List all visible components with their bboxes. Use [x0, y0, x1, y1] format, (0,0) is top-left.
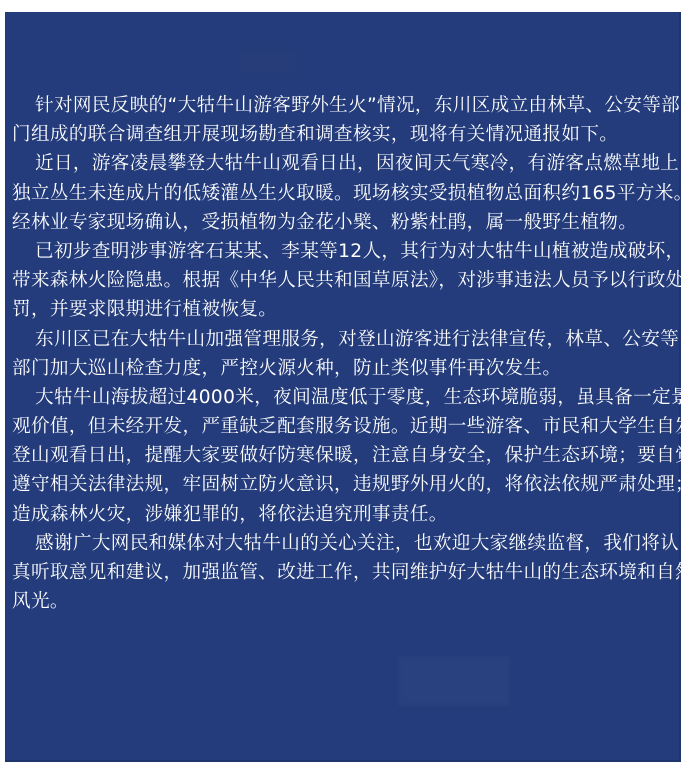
- text-line: 真听取意见和建议，加强监管、改进工作，共同维护好大牯牛山的生态环境和自然: [12, 558, 672, 587]
- text-line: 部门加大巡山检查力度，严控火源火种，防止类似事件再次发生。: [12, 354, 672, 383]
- text-line: 登山观看日出，提醒大家要做好防寒保暖，注意自身安全，保护生态环境；要自觉: [12, 441, 672, 470]
- text-line: 风光。: [12, 587, 672, 616]
- text-line: 已初步查明涉事游客石某某、李某等12人，其行为对大牯牛山植被造成破坏，: [12, 237, 672, 266]
- paragraph-5: 大牯牛山海拔超过4000米，夜间温度低于零度，生态环境脆弱，虽具备一定景 观价值…: [12, 383, 672, 529]
- paragraph-1: 针对网民反映的“大牯牛山游客野外生火”情况，东川区成立由林草、公安等部 门组成的…: [12, 91, 672, 149]
- watermark-block: [397, 655, 511, 707]
- text-line: 大牯牛山海拔超过4000米，夜间温度低于零度，生态环境脆弱，虽具备一定景: [12, 383, 672, 412]
- text-line: 观价值，但未经开发，严重缺乏配套服务设施。近期一些游客、市民和大学生自发: [12, 412, 672, 441]
- paragraph-3: 已初步查明涉事游客石某某、李某等12人，其行为对大牯牛山植被造成破坏， 带来森林…: [12, 237, 672, 325]
- text-line: 门组成的联合调查组开展现场勘查和调查核实，现将有关情况通报如下。: [12, 120, 672, 149]
- text-line: 东川区已在大牯牛山加强管理服务，对登山游客进行法律宣传，林草、公安等: [12, 325, 672, 354]
- paragraph-2: 近日，游客凌晨攀登大牯牛山观看日出，因夜间天气寒冷，有游客点燃草地上 独立丛生未…: [12, 149, 672, 237]
- text-line: 感谢广大网民和媒体对大牯牛山的关心关注，也欢迎大家继续监督，我们将认: [12, 529, 672, 558]
- watermark-block: [237, 48, 299, 74]
- text-line: 独立丛生未连成片的低矮灌丛生火取暖。现场核实受损植物总面积约165平方米。: [12, 179, 672, 208]
- paragraph-6: 感谢广大网民和媒体对大牯牛山的关心关注，也欢迎大家继续监督，我们将认 真听取意见…: [12, 529, 672, 617]
- text-line: 针对网民反映的“大牯牛山游客野外生火”情况，东川区成立由林草、公安等部: [12, 91, 672, 120]
- notice-body: 针对网民反映的“大牯牛山游客野外生火”情况，东川区成立由林草、公安等部 门组成的…: [12, 91, 672, 616]
- text-line: 造成森林火灾，涉嫌犯罪的，将依法追究刑事责任。: [12, 500, 672, 529]
- text-line: 经林业专家现场确认，受损植物为金花小檗、粉紫杜鹃，属一般野生植物。: [12, 208, 672, 237]
- text-line: 罚，并要求限期进行植被恢复。: [12, 295, 672, 324]
- text-line: 遵守相关法律法规，牢固树立防火意识，违规野外用火的，将依法依规严肃处理；: [12, 470, 672, 499]
- paragraph-4: 东川区已在大牯牛山加强管理服务，对登山游客进行法律宣传，林草、公安等 部门加大巡…: [12, 325, 672, 383]
- text-line: 带来森林火险隐患。根据《中华人民共和国草原法》，对涉事违法人员予以行政处: [12, 266, 672, 295]
- text-line: 近日，游客凌晨攀登大牯牛山观看日出，因夜间天气寒冷，有游客点燃草地上: [12, 149, 672, 178]
